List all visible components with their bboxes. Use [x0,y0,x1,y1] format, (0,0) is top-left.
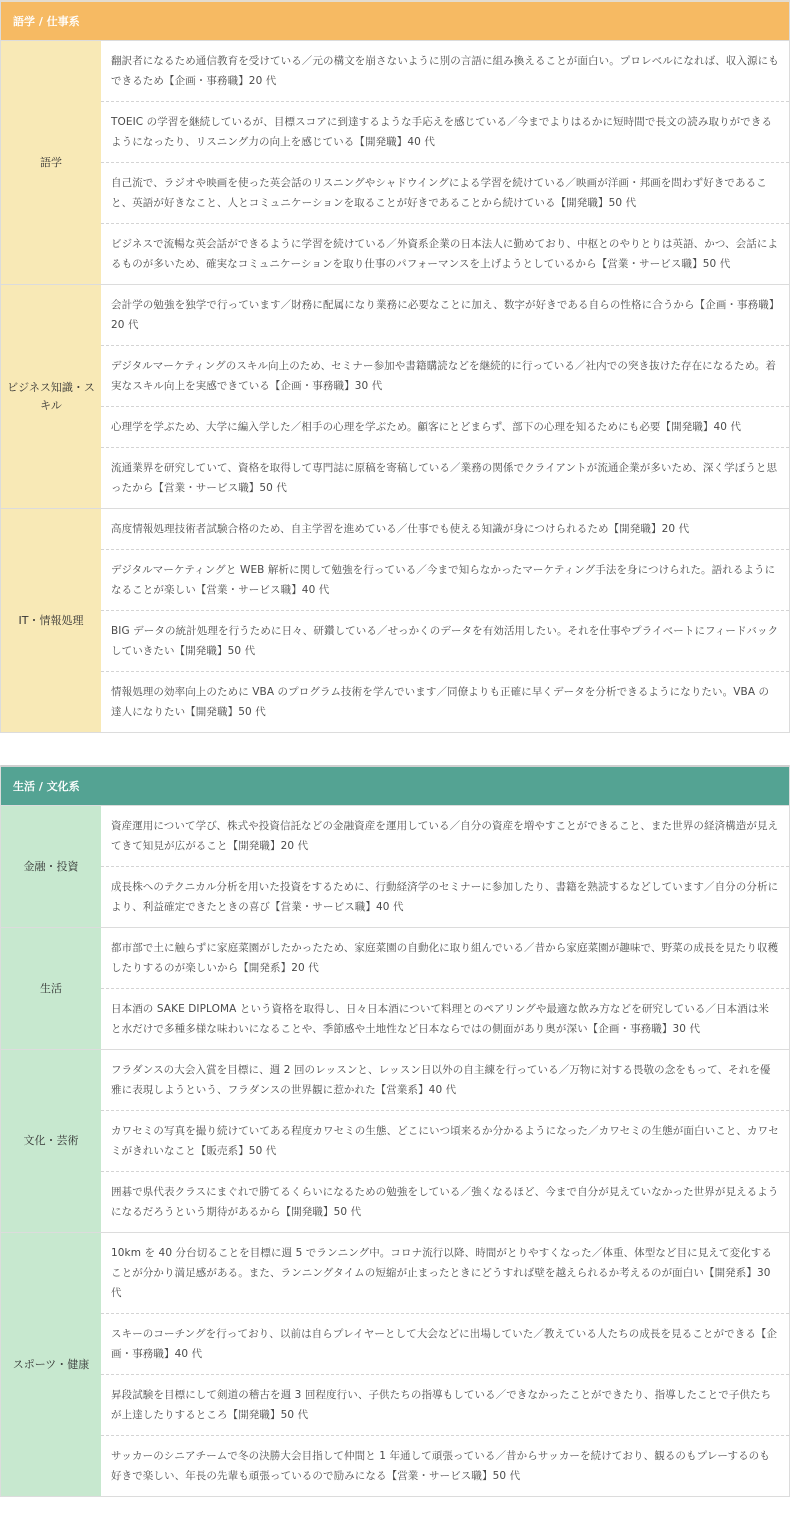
list-item: 流通業界を研究していて、資格を取得して専門誌に原稿を寄稿している／業務の関係でク… [101,447,789,508]
group-culture-art: 文化・芸術 フラダンスの大会入賞を目標に、週 2 回のレッスンと、レッスン日以外… [1,1049,789,1232]
category-label: 生活 [1,928,101,1049]
list-item: 昇段試験を目標にして剣道の稽古を週 3 回程度行い、子供たちの指導もしている／で… [101,1374,789,1435]
list-item: BIG データの統計処理を行うために日々、研鑽している／せっかくのデータを有効活… [101,610,789,671]
item-list: 翻訳者になるため通信教育を受けている／元の構文を崩さないように別の言語に組み換え… [101,41,789,284]
category-label: ビジネス知識・スキル [1,285,101,508]
section-header: 語学 / 仕事系 [1,0,789,40]
list-item: 囲碁で県代表クラスにまぐれで勝てるくらいになるための勉強をしている／強くなるほど… [101,1171,789,1232]
list-item: 会計学の勉強を独学で行っています／財務に配属になり業務に必要なことに加え、数字が… [101,285,789,345]
list-item: 資産運用について学び、株式や投資信託などの金融資産を運用している／自分の資産を増… [101,806,789,866]
list-item: 情報処理の効率向上のために VBA のプログラム技術を学んでいます／同僚よりも正… [101,671,789,732]
list-item: 翻訳者になるため通信教育を受けている／元の構文を崩さないように別の言語に組み換え… [101,41,789,101]
category-label: 語学 [1,41,101,284]
group-life: 生活 都市部で土に触らずに家庭菜園がしたかったため、家庭菜園の自動化に取り組んで… [1,927,789,1049]
list-item: 高度情報処理技術者試験合格のため、自主学習を進めている／仕事でも使える知識が身に… [101,509,789,549]
item-list: 資産運用について学び、株式や投資信託などの金融資産を運用している／自分の資産を増… [101,806,789,927]
list-item: デジタルマーケティングのスキル向上のため、セミナー参加や書籍購読などを継続的に行… [101,345,789,406]
list-item: デジタルマーケティングと WEB 解析に関して勉強を行っている／今まで知らなかっ… [101,549,789,610]
list-item: 日本酒の SAKE DIPLOMA という資格を取得し、日々日本酒について料理と… [101,988,789,1049]
list-item: サッカーのシニアチームで冬の決勝大会目指して仲間と 1 年通して頑張っている／昔… [101,1435,789,1496]
group-business-skills: ビジネス知識・スキル 会計学の勉強を独学で行っています／財務に配属になり業務に必… [1,284,789,508]
group-language: 語学 翻訳者になるため通信教育を受けている／元の構文を崩さないように別の言語に組… [1,40,789,284]
item-list: 都市部で土に触らずに家庭菜園がしたかったため、家庭菜園の自動化に取り組んでいる／… [101,928,789,1049]
item-list: 会計学の勉強を独学で行っています／財務に配属になり業務に必要なことに加え、数字が… [101,285,789,508]
list-item: ビジネスで流暢な英会話ができるように学習を続けている／外資系企業の日本法人に勤め… [101,223,789,284]
category-label: 文化・芸術 [1,1050,101,1232]
list-item: TOEIC の学習を継続しているが、目標スコアに到達するような手応えを感じている… [101,101,789,162]
group-it: IT・情報処理 高度情報処理技術者試験合格のため、自主学習を進めている／仕事でも… [1,508,789,732]
list-item: 都市部で土に触らずに家庭菜園がしたかったため、家庭菜園の自動化に取り組んでいる／… [101,928,789,988]
list-item: フラダンスの大会入賞を目標に、週 2 回のレッスンと、レッスン日以外の自主練を行… [101,1050,789,1110]
item-list: 高度情報処理技術者試験合格のため、自主学習を進めている／仕事でも使える知識が身に… [101,509,789,732]
list-item: 自己流で、ラジオや映画を使った英会話のリスニングやシャドウイングによる学習を続け… [101,162,789,223]
list-item: 10km を 40 分台切ることを目標に週 5 でランニング中。コロナ流行以降、… [101,1233,789,1313]
list-item: 心理学を学ぶため、大学に編入学した／相手の心理を学ぶため。顧客にとどまらず、部下… [101,406,789,447]
list-item: カワセミの写真を撮り続けていてある程度カワセミの生態、どこにいつ頃来るか分かるよ… [101,1110,789,1171]
list-item: スキーのコーチングを行っており、以前は自らプレイヤーとして大会などに出場していた… [101,1313,789,1374]
category-label: スポーツ・健康 [1,1233,101,1496]
section-language-work: 語学 / 仕事系 語学 翻訳者になるため通信教育を受けている／元の構文を崩さない… [0,0,790,733]
section-life-culture: 生活 / 文化系 金融・投資 資産運用について学び、株式や投資信託などの金融資産… [0,765,790,1497]
item-list: フラダンスの大会入賞を目標に、週 2 回のレッスンと、レッスン日以外の自主練を行… [101,1050,789,1232]
group-finance: 金融・投資 資産運用について学び、株式や投資信託などの金融資産を運用している／自… [1,805,789,927]
category-label: IT・情報処理 [1,509,101,732]
group-sports-health: スポーツ・健康 10km を 40 分台切ることを目標に週 5 でランニング中。… [1,1232,789,1496]
item-list: 10km を 40 分台切ることを目標に週 5 でランニング中。コロナ流行以降、… [101,1233,789,1496]
category-label: 金融・投資 [1,806,101,927]
section-header: 生活 / 文化系 [1,765,789,805]
list-item: 成長株へのテクニカル分析を用いた投資をするために、行動経済学のセミナーに参加した… [101,866,789,927]
